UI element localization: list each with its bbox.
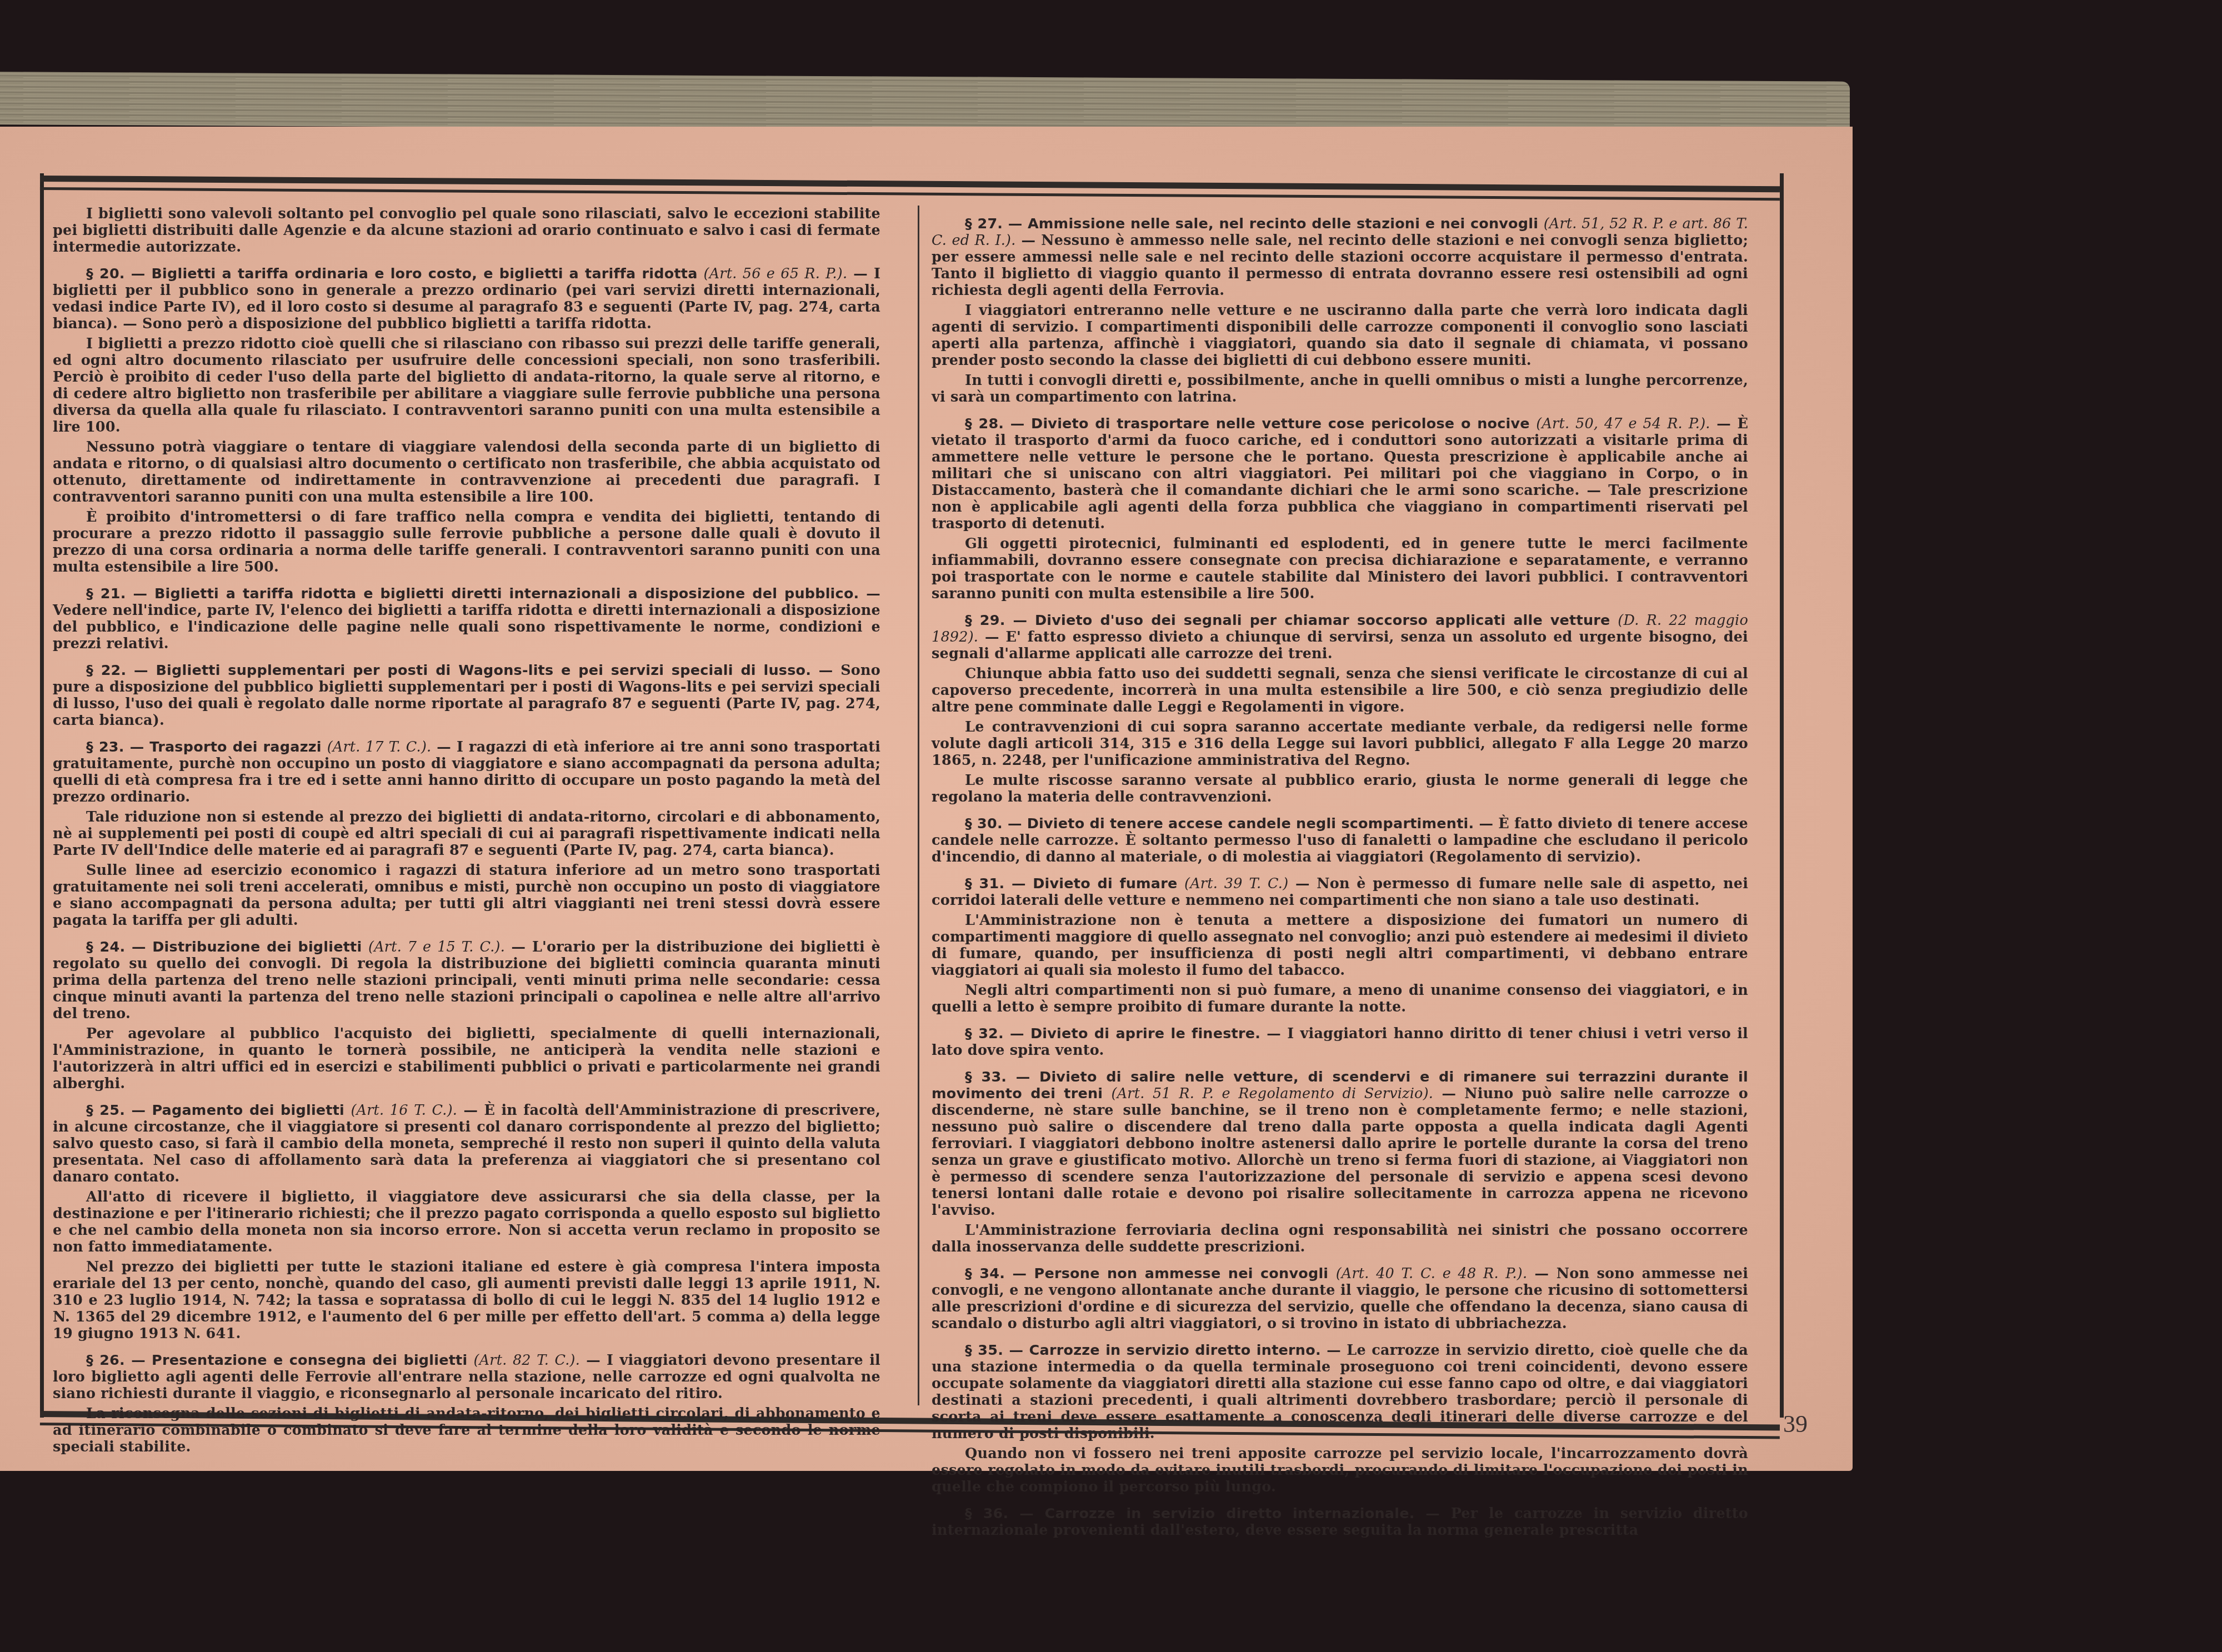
section-body-text: In tutti i convogli diretti e, possibilm… xyxy=(932,372,1748,406)
section-title: — Divieto di tenere accese candele negli… xyxy=(1008,815,1474,832)
section-paragraph-lead: § 36. — Carrozze in servizio diretto int… xyxy=(932,1505,1748,1539)
section-body-text: Negli altri compartimenti non si può fum… xyxy=(932,982,1748,1015)
section-paragraph-lead: § 35. — Carrozze in servizio diretto int… xyxy=(932,1342,1748,1442)
right-column: § 27. — Ammissione nelle sale, nel recin… xyxy=(918,206,1748,1405)
section-paragraph: È proibito d'intromettersi o di fare tra… xyxy=(53,509,880,575)
section-body-text: — E' fatto espresso divieto a chiunque d… xyxy=(932,629,1748,662)
section-number: § 25. xyxy=(86,1102,125,1119)
section-body-text: Nessuno potrà viaggiare o tentare di via… xyxy=(53,439,880,505)
section-number: § 31. xyxy=(965,875,1004,892)
section-title: — Pagamento dei biglietti xyxy=(131,1102,344,1119)
section-paragraph-lead: § 29. — Divieto d'uso dei segnali per ch… xyxy=(932,612,1748,662)
section-paragraph-lead: § 33. — Divieto di salire nelle vetture,… xyxy=(932,1069,1748,1219)
section-body-text: I viaggiatori entreranno nelle vetture e… xyxy=(932,302,1748,369)
section-paragraph-lead: § 20. — Biglietti a tariffa ordinaria e … xyxy=(53,266,880,332)
section-number: § 21. xyxy=(86,585,126,602)
section-number: § 23. xyxy=(86,739,124,755)
section-number: § 30. xyxy=(965,815,1003,832)
section-reference: (Art. 51 R. P. e Regolamento di Servizio… xyxy=(1112,1085,1434,1102)
section-number: § 28. xyxy=(965,415,1004,432)
section-body-text: La riconsegna delle sezioni di biglietti… xyxy=(53,1405,880,1455)
section-title: — Persone non ammesse nei convogli xyxy=(1012,1265,1328,1282)
section-reference: (Art. 7 e 15 T. C.). xyxy=(368,939,505,955)
section-body-text: Quando non vi fossero nei treni apposite… xyxy=(932,1445,1748,1495)
section-title: — Divieto di aprire le finestre. xyxy=(1010,1025,1260,1042)
section-body-text: Le multe riscosse saranno versate al pub… xyxy=(932,772,1748,805)
section-body-text: Gli oggetti pirotecnici, fulminanti ed e… xyxy=(932,535,1748,602)
section-paragraph-lead: § 22. — Biglietti supplementari per post… xyxy=(53,662,880,729)
section-paragraph-lead: § 30. — Divieto di tenere accese candele… xyxy=(932,815,1748,865)
section-number: § 35. xyxy=(965,1342,1003,1359)
section-paragraph: Quando non vi fossero nei treni apposite… xyxy=(932,1445,1748,1495)
section-body-text: Nel prezzo dei biglietti per tutte le st… xyxy=(53,1259,880,1342)
section-body-text: L'Amministrazione non è tenuta a mettere… xyxy=(932,912,1748,979)
section-reference: (Art. 39 T. C.) xyxy=(1184,875,1288,892)
section-body-text: — Niuno può salire nelle carrozze o disc… xyxy=(932,1085,1748,1219)
section-paragraph: Le multe riscosse saranno versate al pub… xyxy=(932,772,1748,805)
section-paragraph-lead: § 21. — Biglietti a tariffa ridotta e bi… xyxy=(53,585,880,652)
section-paragraph: Negli altri compartimenti non si può fum… xyxy=(932,982,1748,1015)
section-reference: (Art. 17 T. C.). xyxy=(327,739,432,755)
section-paragraph: All'atto di ricevere il biglietto, il vi… xyxy=(53,1189,880,1255)
page-number: 39 xyxy=(1783,1410,1808,1438)
section-title: — Biglietti a tariffa ridotta e bigliett… xyxy=(133,585,859,602)
section-paragraph: Nel prezzo dei biglietti per tutte le st… xyxy=(53,1259,880,1342)
section-number: § 29. xyxy=(965,612,1005,629)
section-paragraph-lead: § 26. — Presentazione e consegna dei big… xyxy=(53,1352,880,1402)
section-body-text: All'atto di ricevere il biglietto, il vi… xyxy=(53,1189,880,1255)
section-title: — Biglietti a tariffa ordinaria e loro c… xyxy=(131,266,698,282)
section-paragraph-lead: § 25. — Pagamento dei biglietti (Art. 16… xyxy=(53,1102,880,1185)
section-paragraph: Per agevolare al pubblico l'acquisto dei… xyxy=(53,1025,880,1092)
section-body-text: Sulle linee ad esercizio economico i rag… xyxy=(53,862,880,929)
section-number: § 34. xyxy=(965,1265,1005,1282)
book-page-edges xyxy=(0,72,1850,134)
section-paragraph-lead: § 32. — Divieto di aprire le finestre. —… xyxy=(932,1025,1748,1059)
section-number: § 26. xyxy=(86,1352,125,1369)
section-body-text: Per agevolare al pubblico l'acquisto dei… xyxy=(53,1025,880,1092)
section-paragraph-lead: § 24. — Distribuzione dei biglietti (Art… xyxy=(53,939,880,1022)
section-number: § 24. xyxy=(86,939,125,955)
section-number: § 32. xyxy=(965,1025,1004,1042)
section-paragraph: In tutti i convogli diretti e, possibilm… xyxy=(932,372,1748,406)
section-paragraph-lead: § 28. — Divieto di trasportare nelle vet… xyxy=(932,415,1748,532)
section-body-text: — Nessuno è ammesso nelle sale, nel reci… xyxy=(932,232,1748,299)
section-title: — Biglietti supplementari per posti di W… xyxy=(134,662,811,679)
section-paragraph-lead: § 23. — Trasporto dei ragazzi (Art. 17 T… xyxy=(53,739,880,805)
section-body-text: Le contravvenzioni di cui sopra saranno … xyxy=(932,719,1748,769)
section-paragraph: Sulle linee ad esercizio economico i rag… xyxy=(53,862,880,929)
intro-paragraph: I biglietti sono valevoli soltanto pel c… xyxy=(53,206,880,256)
section-body-text: L'Amministrazione ferroviaria declina og… xyxy=(932,1222,1748,1255)
section-reference: (Art. 56 e 65 R. P.). xyxy=(704,266,848,282)
section-paragraph-lead: § 27. — Ammissione nelle sale, nel recin… xyxy=(932,216,1748,299)
section-paragraph: Chiunque abbia fatto uso dei suddetti se… xyxy=(932,665,1748,715)
section-body-text: È proibito d'intromettersi o di fare tra… xyxy=(53,509,880,575)
section-title: — Divieto d'uso dei segnali per chiamar … xyxy=(1013,612,1610,629)
section-title: — Divieto di trasportare nelle vetture c… xyxy=(1010,415,1530,432)
section-reference: (Art. 50, 47 e 54 R. P.). xyxy=(1536,415,1710,432)
section-title: — Distribuzione dei biglietti xyxy=(132,939,362,955)
left-column: I biglietti sono valevoli soltanto pel c… xyxy=(53,206,880,1405)
section-title: — Carrozze in servizio diretto interno. xyxy=(1009,1342,1321,1359)
section-paragraph: Nessuno potrà viaggiare o tentare di via… xyxy=(53,439,880,505)
section-body-text: Chiunque abbia fatto uso dei suddetti se… xyxy=(932,665,1748,715)
section-paragraph: I viaggiatori entreranno nelle vetture e… xyxy=(932,302,1748,369)
section-reference: (Art. 40 T. C. e 48 R. P.). xyxy=(1336,1265,1528,1282)
section-body-text: Tale riduzione non si estende al prezzo … xyxy=(53,809,880,859)
section-paragraph: Gli oggetti pirotecnici, fulminanti ed e… xyxy=(932,535,1748,602)
section-number: § 33. xyxy=(965,1069,1007,1085)
section-title: — Trasporto dei ragazzi xyxy=(130,739,322,755)
section-paragraph: I biglietti a prezzo ridotto cioè quelli… xyxy=(53,336,880,435)
section-paragraph: Le contravvenzioni di cui sopra saranno … xyxy=(932,719,1748,769)
section-reference: (Art. 82 T. C.). xyxy=(474,1352,580,1369)
section-number: § 27. xyxy=(965,216,1003,232)
section-paragraph: Tale riduzione non si estende al prezzo … xyxy=(53,809,880,859)
section-paragraph-lead: § 34. — Persone non ammesse nei convogli… xyxy=(932,1265,1748,1332)
section-title: — Divieto di fumare xyxy=(1012,875,1178,892)
section-title: — Ammissione nelle sale, nel recinto del… xyxy=(1008,216,1538,232)
section-paragraph-lead: § 31. — Divieto di fumare (Art. 39 T. C.… xyxy=(932,875,1748,909)
section-body-text: I biglietti a prezzo ridotto cioè quelli… xyxy=(53,336,880,435)
section-number: § 20. xyxy=(86,266,125,282)
section-paragraph: L'Amministrazione non è tenuta a mettere… xyxy=(932,912,1748,979)
section-paragraph: L'Amministrazione ferroviaria declina og… xyxy=(932,1222,1748,1255)
section-number: § 36. xyxy=(965,1505,1008,1522)
section-title: — Carrozze in servizio diretto internazi… xyxy=(1019,1505,1414,1522)
section-number: § 22. xyxy=(86,662,126,679)
section-reference: (Art. 16 T. C.). xyxy=(351,1102,457,1119)
section-paragraph: La riconsegna delle sezioni di biglietti… xyxy=(53,1405,880,1455)
section-title: — Presentazione e consegna dei biglietti xyxy=(131,1352,467,1369)
section-body-text: — È vietato il trasporto d'armi da fuoco… xyxy=(932,415,1748,532)
